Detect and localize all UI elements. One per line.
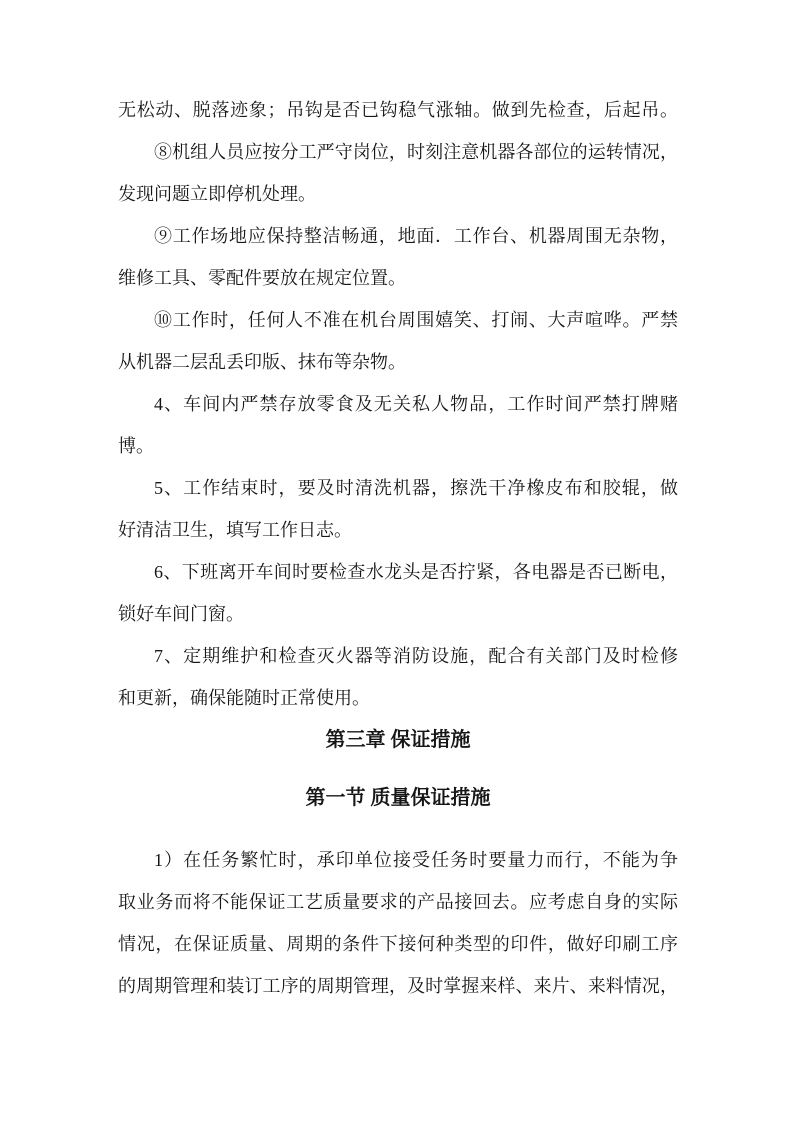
para-item-7: 7、定期维护和检查灭火器等消防设施，配合有关部门及时检修和更新，确保能随时正常使… bbox=[118, 635, 678, 719]
text-line: 取业务而将不能保证工艺质量要求的产品接回去。应考虑自身的实际 bbox=[118, 881, 678, 923]
text-line: 6、下班离开车间时要检查水龙头是否拧紧，各电器是否已断电， bbox=[118, 551, 678, 593]
text-line: 的周期管理和装订工序的周期管理，及时掌握来样、来片、来料情况， bbox=[118, 965, 678, 1007]
text-line: 维修工具、零配件要放在规定位置。 bbox=[118, 257, 678, 299]
text-line: 博。 bbox=[118, 425, 678, 467]
text-line: ⑩工作时，任何人不准在机台周围嬉笑、打闹、大声喧哗。严禁 bbox=[118, 299, 678, 341]
text-line: 7、定期维护和检查灭火器等消防设施，配合有关部门及时检修 bbox=[118, 635, 678, 677]
text-line: 从机器二层乱丢印版、抹布等杂物。 bbox=[118, 341, 678, 383]
text-content: 无松动、脱落迹象；吊钩是否已钩稳气涨轴。做到先检查，后起吊。⑧机组人员应按分工严… bbox=[118, 89, 678, 1007]
para-item-6: 6、下班离开车间时要检查水龙头是否拧紧，各电器是否已断电，锁好车间门窗。 bbox=[118, 551, 678, 635]
text-line: 锁好车间门窗。 bbox=[118, 593, 678, 635]
document-page: 无松动、脱落迹象；吊钩是否已钩稳气涨轴。做到先检查，后起吊。⑧机组人员应按分工严… bbox=[0, 0, 793, 1122]
para-item-4: 4、车间内严禁存放零食及无关私人物品，工作时间严禁打牌赌博。 bbox=[118, 383, 678, 467]
para-item-8: ⑧机组人员应按分工严守岗位，时刻注意机器各部位的运转情况，发现问题立即停机处理。 bbox=[118, 131, 678, 215]
text-line: 无松动、脱落迹象；吊钩是否已钩稳气涨轴。做到先检查，后起吊。 bbox=[118, 89, 678, 131]
heading-text: 第三章 保证措施 bbox=[118, 719, 678, 761]
para-item-9: ⑨工作场地应保持整洁畅通，地面．工作台、机器周围无杂物，维修工具、零配件要放在规… bbox=[118, 215, 678, 299]
text-line: 好清洁卫生，填写工作日志。 bbox=[118, 509, 678, 551]
text-line: ⑨工作场地应保持整洁畅通，地面．工作台、机器周围无杂物， bbox=[118, 215, 678, 257]
para-item-5: 5、工作结束时，要及时清洗机器，擦洗干净橡皮布和胶辊，做好清洁卫生，填写工作日志… bbox=[118, 467, 678, 551]
text-line: 情况，在保证质量、周期的条件下接何种类型的印件，做好印刷工序 bbox=[118, 923, 678, 965]
text-line: 和更新，确保能随时正常使用。 bbox=[118, 677, 678, 719]
heading-chapter-3: 第三章 保证措施 bbox=[118, 719, 678, 761]
text-line: 4、车间内严禁存放零食及无关私人物品，工作时间严禁打牌赌 bbox=[118, 383, 678, 425]
para-quality-1: 1）在任务繁忙时，承印单位接受任务时要量力而行，不能为争取业务而将不能保证工艺质… bbox=[118, 839, 678, 1007]
text-line: ⑧机组人员应按分工严守岗位，时刻注意机器各部位的运转情况， bbox=[118, 131, 678, 173]
text-line: 1）在任务繁忙时，承印单位接受任务时要量力而行，不能为争 bbox=[118, 839, 678, 881]
text-line: 发现问题立即停机处理。 bbox=[118, 173, 678, 215]
heading-text: 第一节 质量保证措施 bbox=[118, 777, 678, 819]
para-crane-check-continuation: 无松动、脱落迹象；吊钩是否已钩稳气涨轴。做到先检查，后起吊。 bbox=[118, 89, 678, 131]
text-line: 5、工作结束时，要及时清洗机器，擦洗干净橡皮布和胶辊，做 bbox=[118, 467, 678, 509]
heading-section-1: 第一节 质量保证措施 bbox=[118, 777, 678, 819]
para-item-10: ⑩工作时，任何人不准在机台周围嬉笑、打闹、大声喧哗。严禁从机器二层乱丢印版、抹布… bbox=[118, 299, 678, 383]
